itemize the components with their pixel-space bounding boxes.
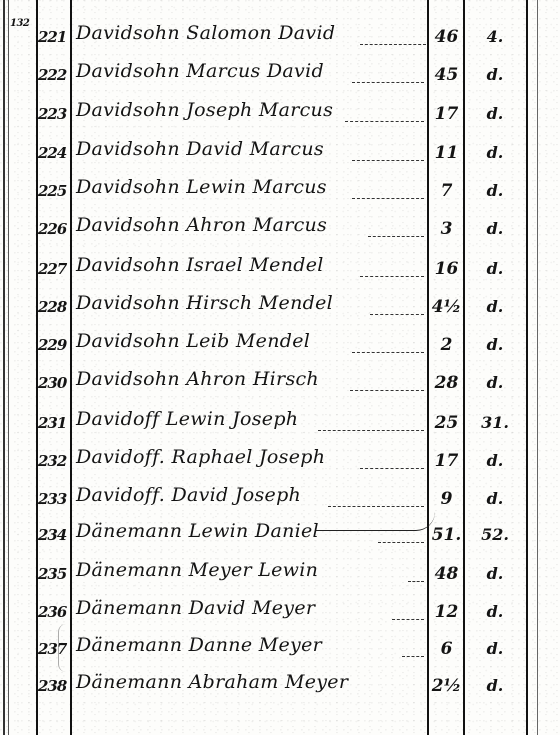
father-name: Meyer [259,634,322,656]
father-name: Meyer [252,597,315,619]
surname: Dänemann [76,597,182,619]
register-row: 238 Dänemann Abraham Meyer 2½ d. [0,667,560,707]
register-row: 231 Davidoff Lewin Joseph 25 31. [0,404,560,444]
given-name: Lewin [189,520,249,542]
dotted-leader [402,656,424,658]
register-row: 232 Davidoff. Raphael Joseph 17 d. [0,442,560,482]
father-name: Mendel [259,292,333,314]
register-row: 224 Davidsohn David Marcus 11 d. [0,134,560,174]
surname: Davidsohn [76,330,180,352]
entry-number: 223 [38,105,72,123]
remark-value: d. [466,489,524,508]
entry-number: 238 [38,677,72,695]
dotted-leader [368,236,424,238]
father-name: Lewin [258,559,318,581]
register-row: 229 Davidsohn Leib Mendel 2 d. [0,326,560,366]
age-value: 17 [430,451,463,471]
surname: Davidsohn [76,214,180,236]
father-name: David [267,60,324,82]
father-name: Mendel [236,330,310,352]
father-name: Mendel [249,254,323,276]
age-value: 2½ [430,676,463,696]
remark-value: d. [466,564,524,583]
entry-number: 234 [38,526,72,544]
remark-value: d. [466,451,524,470]
register-row: 237 Dänemann Danne Meyer 6 d. [0,630,560,670]
given-name: Leib [186,330,229,352]
entry-name: Davidsohn Ahron Marcus [76,214,327,236]
register-row: 226 Davidsohn Ahron Marcus 3 d. [0,210,560,250]
entry-name: Dänemann David Meyer [76,597,315,619]
given-name: Lewin [166,408,226,430]
entry-number: 227 [38,260,72,278]
age-value: 48 [430,564,463,584]
given-name: Salomon [186,22,272,44]
age-value: 2 [430,335,463,355]
dotted-leader [360,276,424,278]
entry-name: Davidsohn David Marcus [76,138,324,160]
entry-name: Dänemann Lewin Daniel [76,520,319,542]
entry-number: 228 [38,298,72,316]
father-name: Joseph [259,446,325,468]
father-name: Marcus [259,99,333,121]
given-name: Raphael [171,446,252,468]
entry-number: 231 [38,414,72,432]
dotted-leader [392,619,424,621]
entry-name: Dänemann Meyer Lewin [76,559,318,581]
given-name: Israel [186,254,243,276]
register-row: 236 Dänemann David Meyer 12 d. [0,593,560,633]
age-value: 9 [430,489,463,509]
remark-value: d. [466,143,524,162]
register-row: 228 Davidsohn Hirsch Mendel 4½ d. [0,288,560,328]
remark-value: d. [466,259,524,278]
entry-name: Davidsohn Joseph Marcus [76,99,333,121]
entry-name: Dänemann Abraham Meyer [76,671,348,693]
dotted-leader [328,506,424,508]
entry-name: Davidsohn Ahron Hirsch [76,368,319,390]
given-name: Meyer [189,559,252,581]
father-name: Marcus [253,176,327,198]
register-row: 233 Davidoff. David Joseph 9 d. [0,480,560,520]
age-value: 3 [430,219,463,239]
surname: Davidsohn [76,138,180,160]
surname: Davidsohn [76,254,180,276]
dotted-leader [352,198,424,200]
given-name: Ahron [186,368,246,390]
entry-number: 237 [38,640,72,658]
given-name: Danne [189,634,253,656]
dotted-leader [350,390,424,392]
given-name: Hirsch [186,292,252,314]
surname: Davidsohn [76,99,180,121]
remark-value: 52. [466,525,524,544]
given-name: Ahron [186,214,246,236]
entry-name: Dänemann Danne Meyer [76,634,322,656]
surname: Dänemann [76,520,182,542]
age-value: 45 [430,65,463,85]
surname: Davidsohn [76,60,180,82]
register-row: 221 Davidsohn Salomon David 46 4. [0,18,560,58]
surname: Davidoff. [76,446,165,468]
entry-number: 232 [38,452,72,470]
entry-name: Davidsohn Salomon David [76,22,335,44]
entry-number: 233 [38,490,72,508]
register-row: 234 Dänemann Lewin Daniel 51. 52. [0,516,560,556]
age-value: 7 [430,181,463,201]
register-row: 223 Davidsohn Joseph Marcus 17 d. [0,95,560,135]
dotted-leader [352,160,424,162]
surname: Davidoff. [76,484,165,506]
entry-number: 225 [38,182,72,200]
given-name: Abraham [189,671,279,693]
age-value: 28 [430,373,463,393]
dotted-leader [352,82,424,84]
age-value: 25 [430,413,463,433]
dotted-leader [360,468,424,470]
father-name: Marcus [250,138,324,160]
dotted-leader [378,542,424,544]
entry-name: Davidsohn Israel Mendel [76,254,324,276]
dotted-leader [360,44,426,46]
given-name: Lewin [186,176,246,198]
age-value: 16 [430,259,463,279]
surname: Dänemann [76,671,182,693]
father-name: Joseph [232,408,298,430]
surname: Davidsohn [76,292,180,314]
entry-number: 236 [38,603,72,621]
father-name: Meyer [285,671,348,693]
entry-number: 221 [38,28,72,46]
surname: Dänemann [76,634,182,656]
register-row: 227 Davidsohn Israel Mendel 16 d. [0,250,560,290]
surname: Davidsohn [76,176,180,198]
age-value: 17 [430,104,463,124]
given-name: David [171,484,228,506]
entry-name: Davidsohn Leib Mendel [76,330,310,352]
entry-name: Davidoff Lewin Joseph [76,408,298,430]
dotted-leader [352,352,424,354]
remark-value: d. [466,373,524,392]
entry-number: 235 [38,565,72,583]
register-row: 225 Davidsohn Lewin Marcus 7 d. [0,172,560,212]
dotted-leader [408,581,424,583]
entry-name: Davidsohn Marcus David [76,60,324,82]
entry-number: 222 [38,66,72,84]
remark-value: d. [466,639,524,658]
father-name: David [278,22,335,44]
remark-value: 31. [466,413,524,432]
register-row: 235 Dänemann Meyer Lewin 48 d. [0,555,560,595]
age-value: 46 [430,27,463,47]
given-name: Marcus [186,60,260,82]
remark-value: 4. [466,27,524,46]
dotted-leader [370,314,424,316]
age-value: 51. [430,525,463,545]
remark-value: d. [466,181,524,200]
entry-number: 224 [38,144,72,162]
remark-value: d. [466,602,524,621]
remark-value: d. [466,676,524,695]
surname: Davidsohn [76,368,180,390]
age-value: 4½ [430,297,463,317]
entry-name: Davidoff. David Joseph [76,484,301,506]
father-name: Hirsch [253,368,319,390]
age-value: 11 [430,143,463,163]
given-name: David [189,597,246,619]
remark-value: d. [466,65,524,84]
surname: Davidoff [76,408,159,430]
entry-name: Davidoff. Raphael Joseph [76,446,325,468]
entry-name: Davidsohn Hirsch Mendel [76,292,333,314]
age-value: 6 [430,639,463,659]
remark-value: d. [466,219,524,238]
entry-number: 230 [38,374,72,392]
remark-value: d. [466,297,524,316]
entry-number: 226 [38,220,72,238]
age-value: 12 [430,602,463,622]
dotted-leader [345,121,424,123]
given-name: Joseph [186,99,252,121]
father-name: Daniel [255,520,319,542]
father-name: Marcus [253,214,327,236]
remark-value: d. [466,104,524,123]
entry-name: Davidsohn Lewin Marcus [76,176,327,198]
given-name: David [186,138,243,160]
register-page: 132 221 Davidsohn Salomon David 46 4. 22… [0,0,560,735]
register-row: 222 Davidsohn Marcus David 45 d. [0,56,560,96]
remark-value: d. [466,335,524,354]
register-row: 230 Davidsohn Ahron Hirsch 28 d. [0,364,560,404]
dotted-leader [318,430,424,432]
surname: Davidsohn [76,22,180,44]
surname: Dänemann [76,559,182,581]
father-name: Joseph [235,484,301,506]
entry-number: 229 [38,336,72,354]
